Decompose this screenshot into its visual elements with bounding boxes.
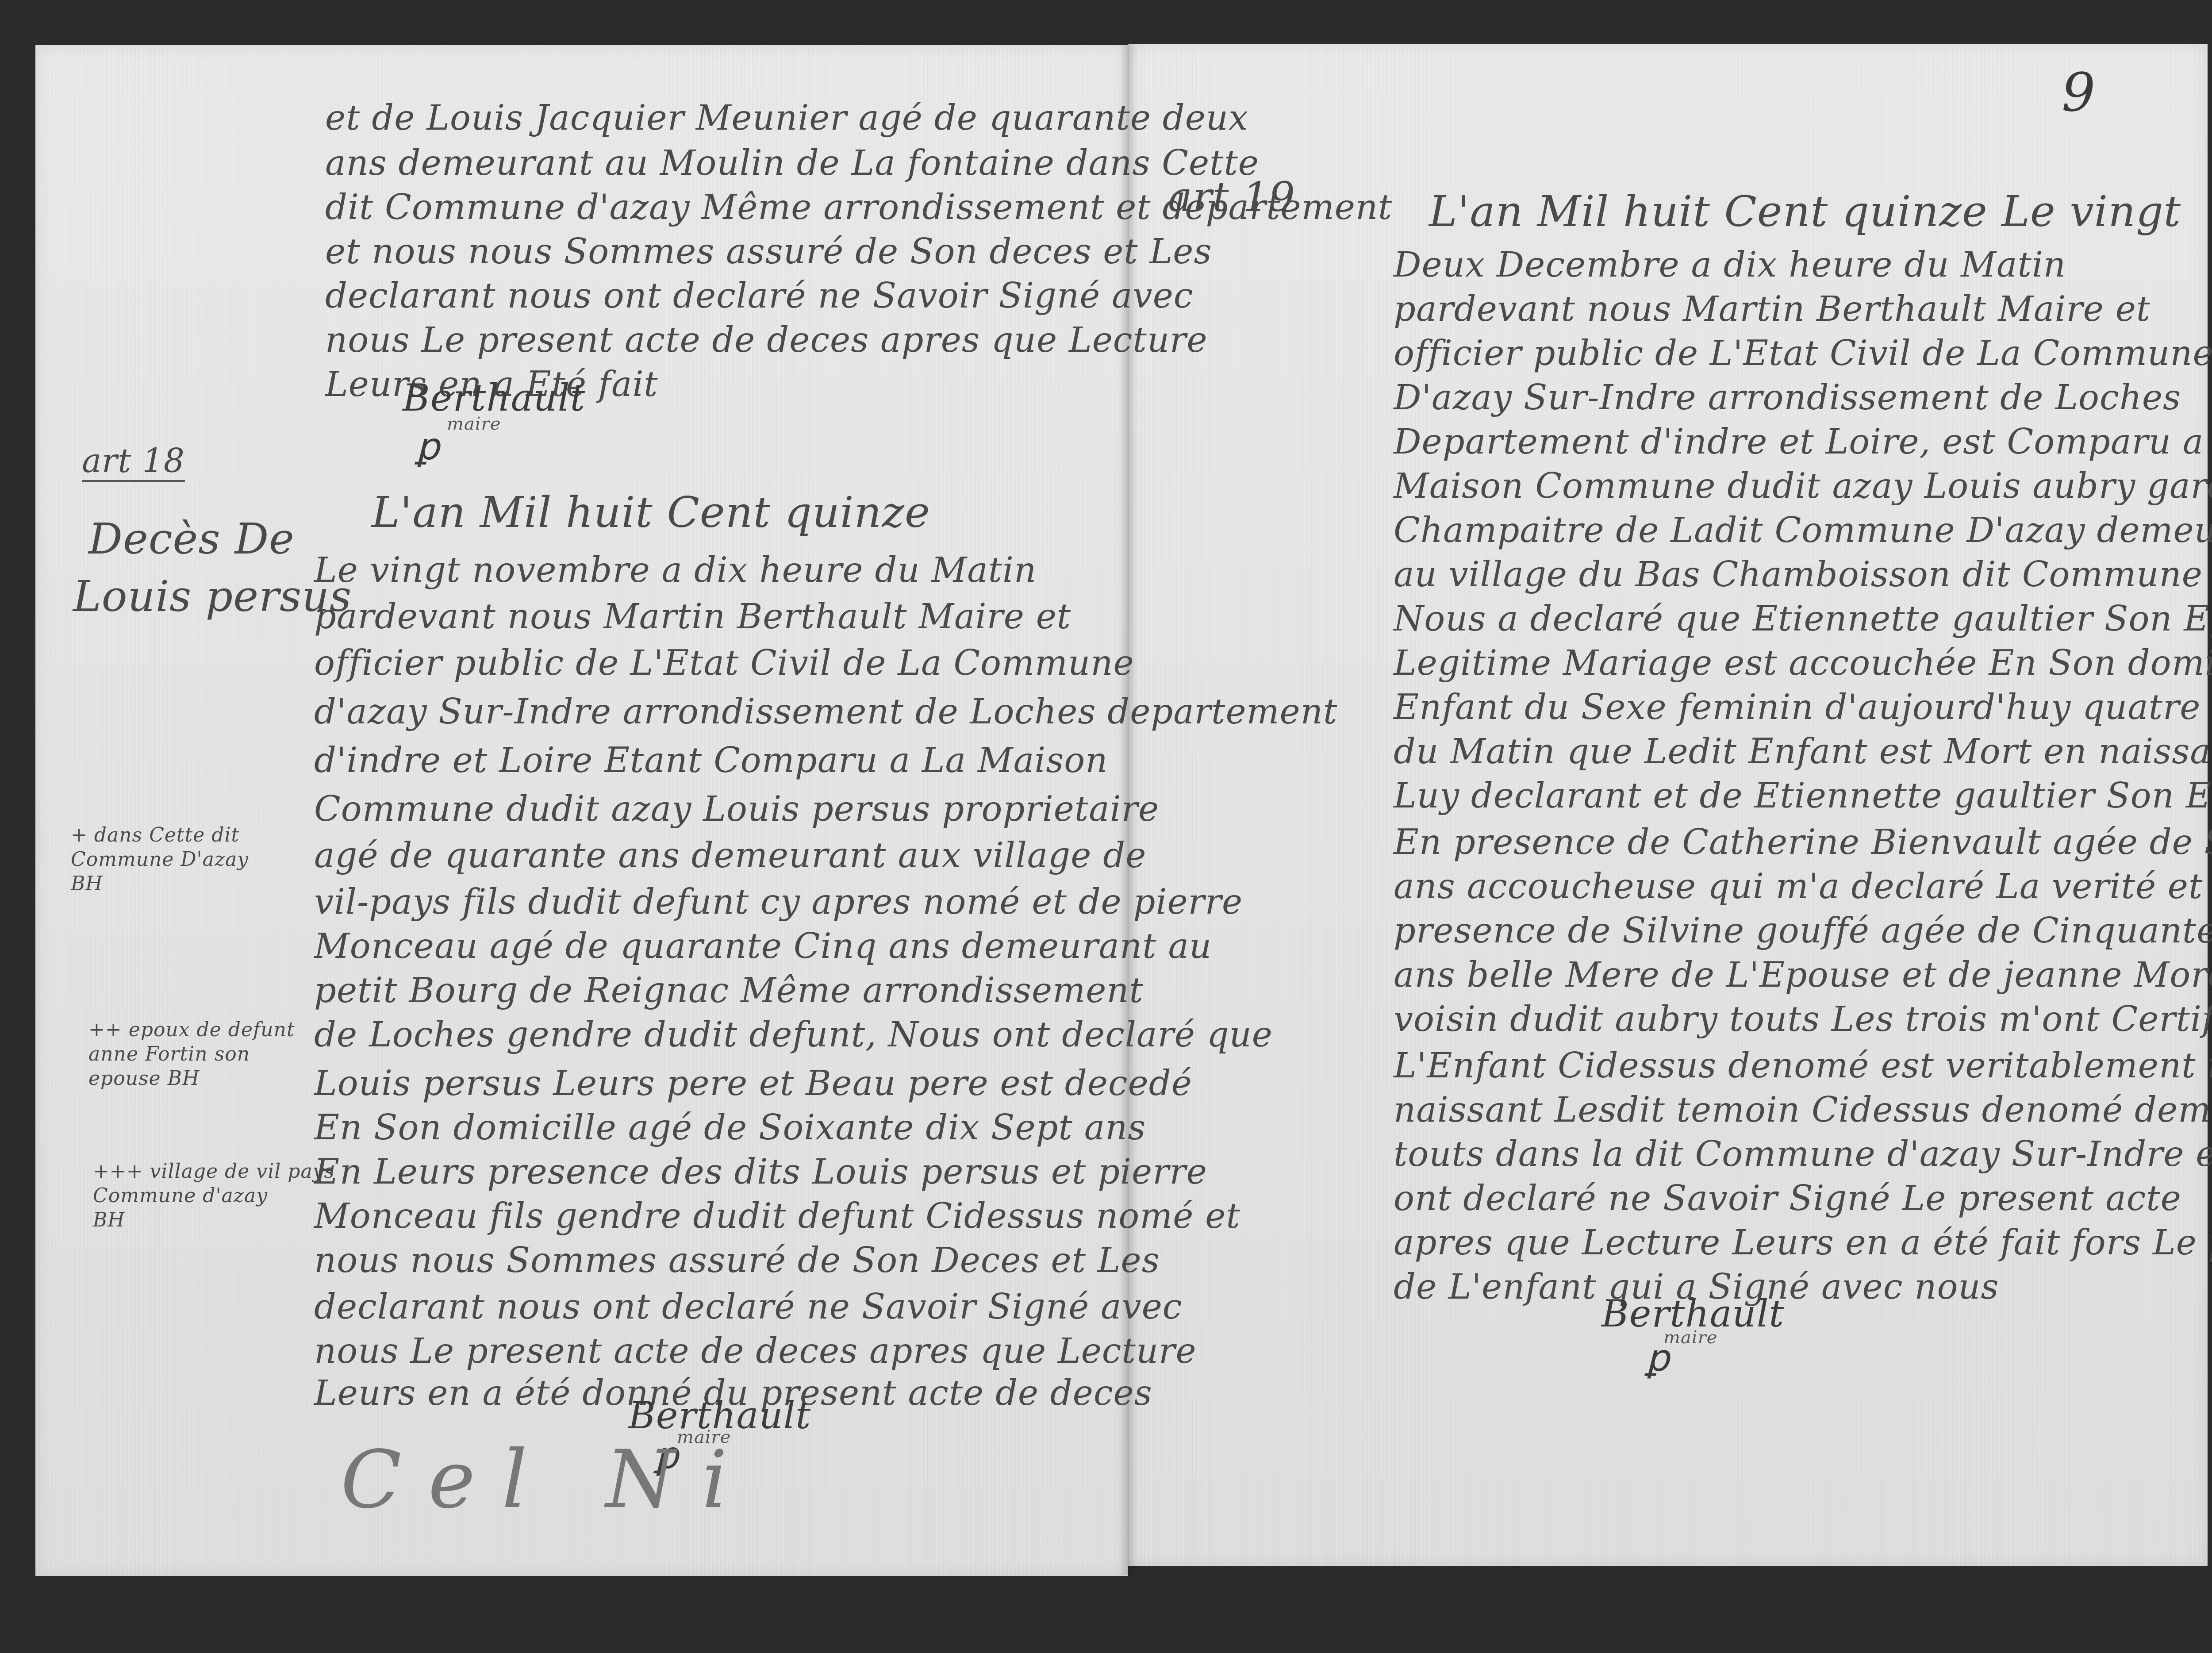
text-line: Departement d'indre et Loire, est Compar… [1394, 425, 2212, 459]
mayor-title: maire [1663, 1327, 1717, 1348]
text-line: Nous a declaré que Etiennette gaultier S… [1394, 602, 2212, 636]
article-19-label: art 19 [1168, 177, 1295, 218]
text-line: petit Bourg de Reignac Même arrondisseme… [314, 973, 1144, 1008]
text-line: ans belle Mere de L'Epouse et de jeanne … [1394, 958, 2212, 992]
text-line: Louis persus Leurs pere et Beau pere est… [314, 1066, 1192, 1101]
text-line: Monceau agé de quarante Cinq ans demeura… [314, 929, 1212, 964]
text-line: L'an Mil huit Cent quinze Le vingt [1429, 190, 2181, 233]
paraph-mark: ꝑ [1646, 1336, 1670, 1380]
text-line: et nous nous Sommes assuré de Son deces … [325, 234, 1212, 269]
text-line: Champaitre de Ladit Commune D'azay demeu… [1394, 513, 2212, 548]
text-line: En Leurs presence des dits Louis persus … [314, 1155, 1207, 1189]
text-line: presence de Silvine gouffé agée de Cinqu… [1394, 914, 2212, 948]
margin-note: ++ epoux de defunt anne Fortin son epous… [88, 1018, 295, 1091]
text-line: agé de quarante ans demeurant aux villag… [314, 838, 1146, 873]
text-line: voisin dudit aubry touts Les trois m'ont… [1394, 1002, 2212, 1037]
text-line: du Matin que Ledit Enfant est Mort en na… [1394, 734, 2212, 769]
text-line: nous nous Sommes assuré de Son Deces et … [314, 1243, 1160, 1278]
text-line: Luy declarant et de Etiennette gaultier … [1394, 779, 2212, 813]
text-line: d'azay Sur-Indre arrondissement de Loche… [314, 695, 1337, 729]
text-line: Le vingt novembre a dix heure du Matin [314, 553, 1037, 588]
text-line: En Son domicille agé de Soixante dix Sep… [314, 1111, 1146, 1145]
text-line: Commune dudit azay Louis persus propriet… [314, 792, 1159, 826]
article-18-title-line: Decès De [88, 518, 295, 560]
text-line: En presence de Catherine Bienvault agée … [1394, 825, 2212, 860]
text-line: pardevant nous Martin Berthault Maire et [314, 600, 1071, 634]
text-line: D'azay Sur-Indre arrondissement de Loche… [1394, 381, 2181, 415]
text-line: officier public de L'Etat Civil de La Co… [314, 646, 1134, 680]
text-line: d'indre et Loire Etant Comparu a La Mais… [314, 743, 1108, 778]
mayor-title: maire [447, 414, 501, 434]
text-line: au village du Bas Chamboisson dit Commun… [1394, 557, 2212, 592]
folio-number: 9 [2062, 62, 2096, 123]
text-line: Deux Decembre a dix heure du Matin [1394, 248, 2066, 282]
text-line: L'an Mil huit Cent quinze [372, 491, 930, 534]
text-line: Monceau fils gendre dudit defunt Cidessu… [314, 1199, 1240, 1234]
text-line: vil-pays fils dudit defunt cy apres nomé… [314, 885, 1243, 919]
margin-note: + dans Cette dit Commune D'azay BH [71, 823, 249, 896]
text-line: de Loches gendre dudit defunt, Nous ont … [314, 1018, 1273, 1052]
text-line: Maison Commune dudit azay Louis aubry ga… [1394, 469, 2212, 504]
text-line: L'Enfant Cidessus denomé est veritableme… [1394, 1049, 2212, 1083]
text-line: ont declaré ne Savoir Signé Le present a… [1394, 1181, 2181, 1216]
mayor-signature: Berthault [403, 376, 585, 419]
text-line: declarant nous ont declaré ne Savoir Sig… [314, 1290, 1183, 1324]
text-line: nous Le present acte de deces apres que … [314, 1334, 1197, 1369]
text-line: ans accoucheuse qui m'a declaré La verit… [1394, 869, 2212, 904]
text-line: naissant Lesdit temoin Cidessus denomé d… [1394, 1093, 2212, 1127]
bottom-flourish: Cel Ni [341, 1434, 754, 1526]
paraph-mark: ꝑ [416, 425, 440, 468]
text-line: et de Louis Jacquier Meunier agé de quar… [325, 101, 1248, 135]
text-line: officier public de L'Etat Civil de La Co… [1394, 336, 2212, 371]
text-line: pardevant nous Martin Berthault Maire et [1394, 292, 2151, 327]
text-line: apres que Lecture Leurs en a été fait fo… [1394, 1226, 2212, 1260]
text-line: ans demeurant au Moulin de La fontaine d… [325, 146, 1259, 181]
text-line: Enfant du Sexe feminin d'aujourd'huy qua… [1394, 690, 2212, 725]
article-18-label: art 18 [82, 445, 185, 482]
text-line: declarant nous ont declaré ne Savoir Sig… [325, 279, 1194, 313]
text-line: nous Le present acte de deces apres que … [325, 323, 1208, 358]
article-18-title-line: Louis persus [73, 575, 352, 618]
text-line: touts dans la dit Commune d'azay Sur-Ind… [1394, 1137, 2212, 1172]
text-line: Legitime Mariage est accouchée En Son do… [1394, 646, 2212, 680]
margin-note: +++ village de vil pays Commune d'azay B… [93, 1159, 334, 1232]
